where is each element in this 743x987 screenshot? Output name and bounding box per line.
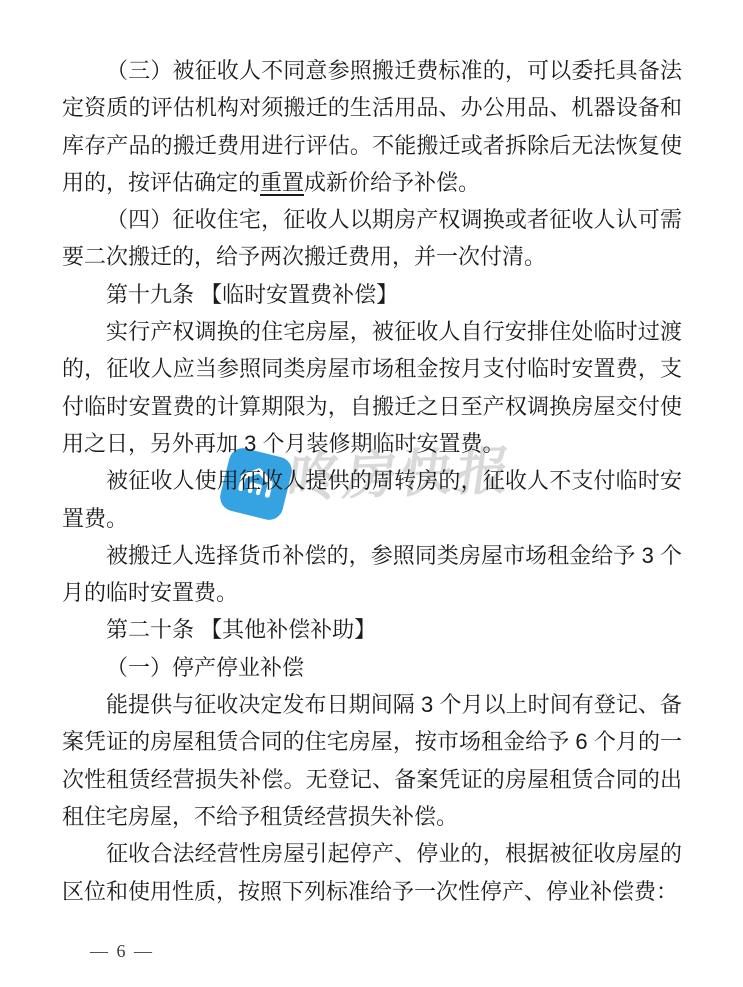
document-page: 咚房快报 （三）被征收人不同意参照搬迁费标准的，可以委托具备法定资质的评估机构对… — [0, 0, 743, 987]
text-run: 成新价给予补偿。 — [304, 170, 480, 195]
paragraph-article-19-2: 被征收人使用征收人提供的周转房的，征收人不支付临时安置费。 — [62, 462, 682, 537]
page-number: — 6 — — [90, 941, 154, 962]
paragraph-article-19-1: 实行产权调换的住宅房屋，被征收人自行安排住处临时过渡的，征收人应当参照同类房屋市… — [62, 313, 682, 462]
underlined-text: 重置 — [260, 170, 304, 195]
subitem-1-heading: （一）停产停业补偿 — [62, 649, 682, 686]
article-20-heading: 第二十条 【其他补偿补助】 — [62, 611, 682, 648]
article-19-heading: 第十九条 【临时安置费补偿】 — [62, 276, 682, 313]
paragraph-item-4: （四）征收住宅，征收人以期房产权调换或者征收人认可需要二次搬迁的，给予两次搬迁费… — [62, 201, 682, 276]
paragraph-article-19-3: 被搬迁人选择货币补偿的，参照同类房屋市场租金给予 3 个月的临时安置费。 — [62, 537, 682, 612]
paragraph-article-20-2: 征收合法经营性房屋引起停产、停业的，根据被征收房屋的区位和使用性质，按照下列标准… — [62, 835, 682, 910]
paragraph-item-3: （三）被征收人不同意参照搬迁费标准的，可以委托具备法定资质的评估机构对须搬迁的生… — [62, 52, 682, 201]
document-body: （三）被征收人不同意参照搬迁费标准的，可以委托具备法定资质的评估机构对须搬迁的生… — [62, 52, 682, 910]
paragraph-article-20-1: 能提供与征收决定发布日期间隔 3 个月以上时间有登记、备案凭证的房屋租赁合同的住… — [62, 686, 682, 835]
